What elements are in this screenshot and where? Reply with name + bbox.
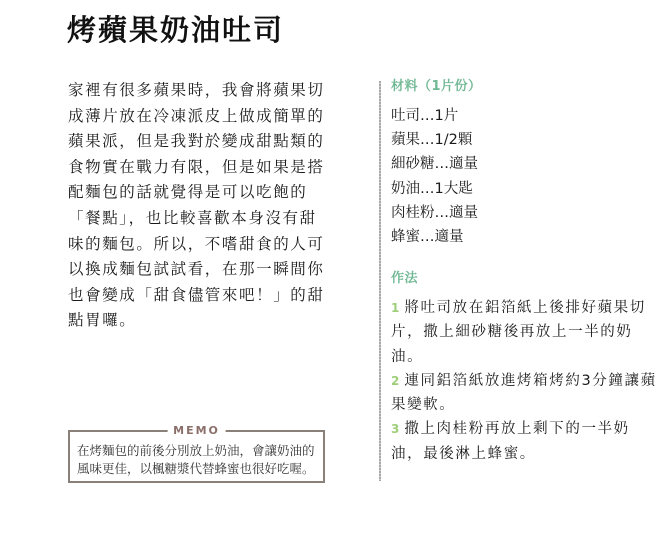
step-text: 油，最後淋上蜂蜜。 [391, 442, 661, 466]
intro-line: 食物實在戰力有限，但是如果是搭 [68, 155, 334, 181]
memo-text: 在烤麵包的前後分別放上奶油，會讓奶油的 風味更佳，以楓糖漿代替蜂蜜也很好吃喔。 [77, 442, 315, 478]
step-number: 1 [391, 296, 399, 320]
ingredient-item: 奶油…1大匙 [391, 177, 661, 201]
intro-line: 點胃囉。 [68, 308, 334, 334]
step-text: 撒上肉桂粉再放上剩下的一半奶 [404, 421, 629, 437]
intro-line: 蘋果派，但是我對於變成甜點類的 [68, 129, 334, 155]
ingredients-list: 吐司…1片 蘋果…1/2顆 細砂糖…適量 奶油…1大匙 肉桂粉…適量 蜂蜜…適量 [391, 104, 661, 249]
ingredient-item: 肉桂粉…適量 [391, 201, 661, 225]
method-step: 1將吐司放在鋁箔紙上後排好蘋果切 片，撒上細砂糖後再放上一半的奶 油。 [391, 296, 661, 369]
memo-label: MEMO [167, 423, 226, 439]
memo-box: MEMO 在烤麵包的前後分別放上奶油，會讓奶油的 風味更佳，以楓糖漿代替蜂蜜也很… [68, 430, 325, 483]
ingredient-item: 蜂蜜…適量 [391, 225, 661, 249]
step-number: 2 [391, 369, 399, 393]
step-text: 片，撒上細砂糖後再放上一半的奶 [391, 320, 661, 344]
intro-line: 家裡有很多蘋果時，我會將蘋果切 [68, 78, 334, 104]
step-number: 3 [391, 417, 399, 441]
intro-line: 配麵包的話就覺得是可以吃飽的 [68, 180, 334, 206]
step-text: 果變軟。 [391, 393, 661, 417]
step-text: 油。 [391, 345, 661, 369]
method-step: 3撒上肉桂粉再放上剩下的一半奶 油，最後淋上蜂蜜。 [391, 417, 661, 466]
intro-paragraph: 家裡有很多蘋果時，我會將蘋果切 成薄片放在冷凍派皮上做成簡單的 蘋果派，但是我對… [68, 78, 334, 334]
column-divider [379, 81, 381, 481]
page-title: 烤蘋果奶油吐司 [67, 12, 284, 48]
method-steps: 1將吐司放在鋁箔紙上後排好蘋果切 片，撒上細砂糖後再放上一半的奶 油。 2連同鋁… [391, 296, 661, 466]
ingredient-item: 吐司…1片 [391, 104, 661, 128]
intro-line: 味的麵包。所以，不嗜甜食的人可 [68, 232, 334, 258]
method-heading: 作法 [391, 270, 418, 288]
step-text: 將吐司放在鋁箔紙上後排好蘋果切 [404, 300, 646, 316]
intro-line: 成薄片放在冷凍派皮上做成簡單的 [68, 104, 334, 130]
intro-line: 「餐點」，也比較喜歡本身沒有甜 [68, 206, 334, 232]
step-text: 連同鋁箔紙放進烤箱烤約3分鐘讓蘋 [404, 373, 656, 389]
intro-line: 以換成麵包試試看，在那一瞬間你 [68, 257, 334, 283]
ingredients-heading: 材料（1片份） [391, 78, 661, 96]
ingredients-section: 材料（1片份） 吐司…1片 蘋果…1/2顆 細砂糖…適量 奶油…1大匙 肉桂粉…… [391, 78, 661, 249]
ingredient-item: 蘋果…1/2顆 [391, 128, 661, 152]
ingredient-item: 細砂糖…適量 [391, 152, 661, 176]
method-step: 2連同鋁箔紙放進烤箱烤約3分鐘讓蘋 果變軟。 [391, 369, 661, 418]
memo-line: 風味更佳，以楓糖漿代替蜂蜜也很好吃喔。 [77, 460, 315, 478]
memo-line: 在烤麵包的前後分別放上奶油，會讓奶油的 [77, 442, 315, 460]
intro-line: 也會變成「甜食儘管來吧！」的甜 [68, 283, 334, 309]
